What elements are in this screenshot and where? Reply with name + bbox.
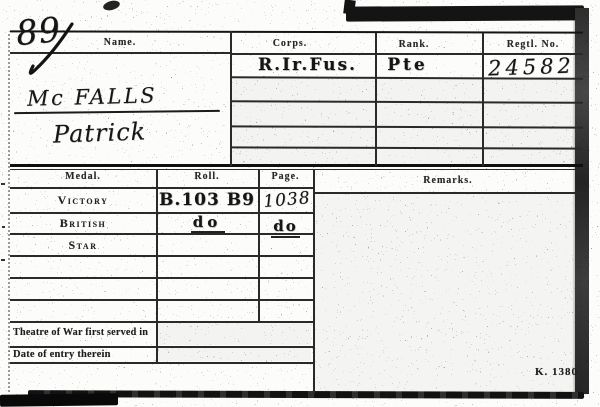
medal-name: Victory bbox=[10, 193, 156, 208]
scan-left-tick-1 bbox=[1, 183, 5, 185]
roll-ditto: do bbox=[156, 213, 258, 231]
forename-handwritten: Patrick bbox=[53, 117, 147, 148]
medal-row-line-4 bbox=[10, 277, 315, 279]
surname-handwritten: Mc FALLS bbox=[27, 83, 158, 110]
roll-ditto-underline bbox=[191, 231, 225, 233]
medal-name: Star bbox=[10, 238, 156, 253]
roll-page-divider bbox=[258, 169, 260, 321]
date-of-entry-label: Date of entry therein bbox=[13, 349, 111, 360]
scan-top-edge-bar bbox=[346, 5, 584, 21]
lower-section-top-line bbox=[10, 169, 583, 170]
corps-value: R.Ir.Fus. bbox=[240, 55, 375, 75]
medal-header-underline bbox=[10, 187, 315, 189]
page-value-handwritten: 1038 bbox=[261, 188, 313, 212]
scan-dust-blob bbox=[102, 0, 121, 12]
remarks-column-header: Remarks. bbox=[313, 175, 583, 186]
theatre-value-shading bbox=[158, 322, 311, 345]
service-empty-cells-shading bbox=[231, 78, 582, 166]
scan-left-tick-2 bbox=[2, 226, 5, 228]
corps-column-header: Corps. bbox=[230, 38, 350, 49]
name-column-header: Name. bbox=[10, 37, 230, 48]
scan-left-tick-3 bbox=[1, 259, 5, 261]
regtl-no-column-header: Regtl. No. bbox=[483, 39, 583, 50]
medal-index-card-scan: 89 Name. Mc FALLS Patrick Corps. Rank. R… bbox=[0, 0, 600, 407]
scan-top-edge-nub bbox=[343, 0, 356, 15]
date-row-underline bbox=[10, 362, 313, 364]
theatre-of-war-label: Theatre of War first served in bbox=[13, 327, 148, 338]
rank-column-header: Rank. bbox=[375, 39, 453, 50]
print-code: K. 1380 bbox=[498, 366, 578, 378]
surname-underline bbox=[14, 110, 220, 114]
medal-row-line-3 bbox=[10, 255, 315, 257]
page-column-header: Page. bbox=[258, 171, 313, 182]
date-value-shading bbox=[158, 348, 311, 361]
rank-value: Pte bbox=[375, 55, 440, 75]
page-ditto-underline bbox=[271, 236, 300, 238]
page-ditto: do bbox=[258, 217, 313, 235]
medal-name: British bbox=[10, 216, 156, 231]
remarks-body-shading bbox=[314, 193, 582, 391]
medal-row-line-5 bbox=[10, 299, 315, 301]
roll-column-header: Roll. bbox=[156, 171, 258, 182]
scan-bottom-left-blob bbox=[0, 393, 118, 407]
roll-value: B.103 B9 bbox=[156, 190, 258, 210]
regtl-no-value-handwritten: 24582 bbox=[488, 53, 576, 80]
medal-column-header: Medal. bbox=[10, 171, 156, 182]
